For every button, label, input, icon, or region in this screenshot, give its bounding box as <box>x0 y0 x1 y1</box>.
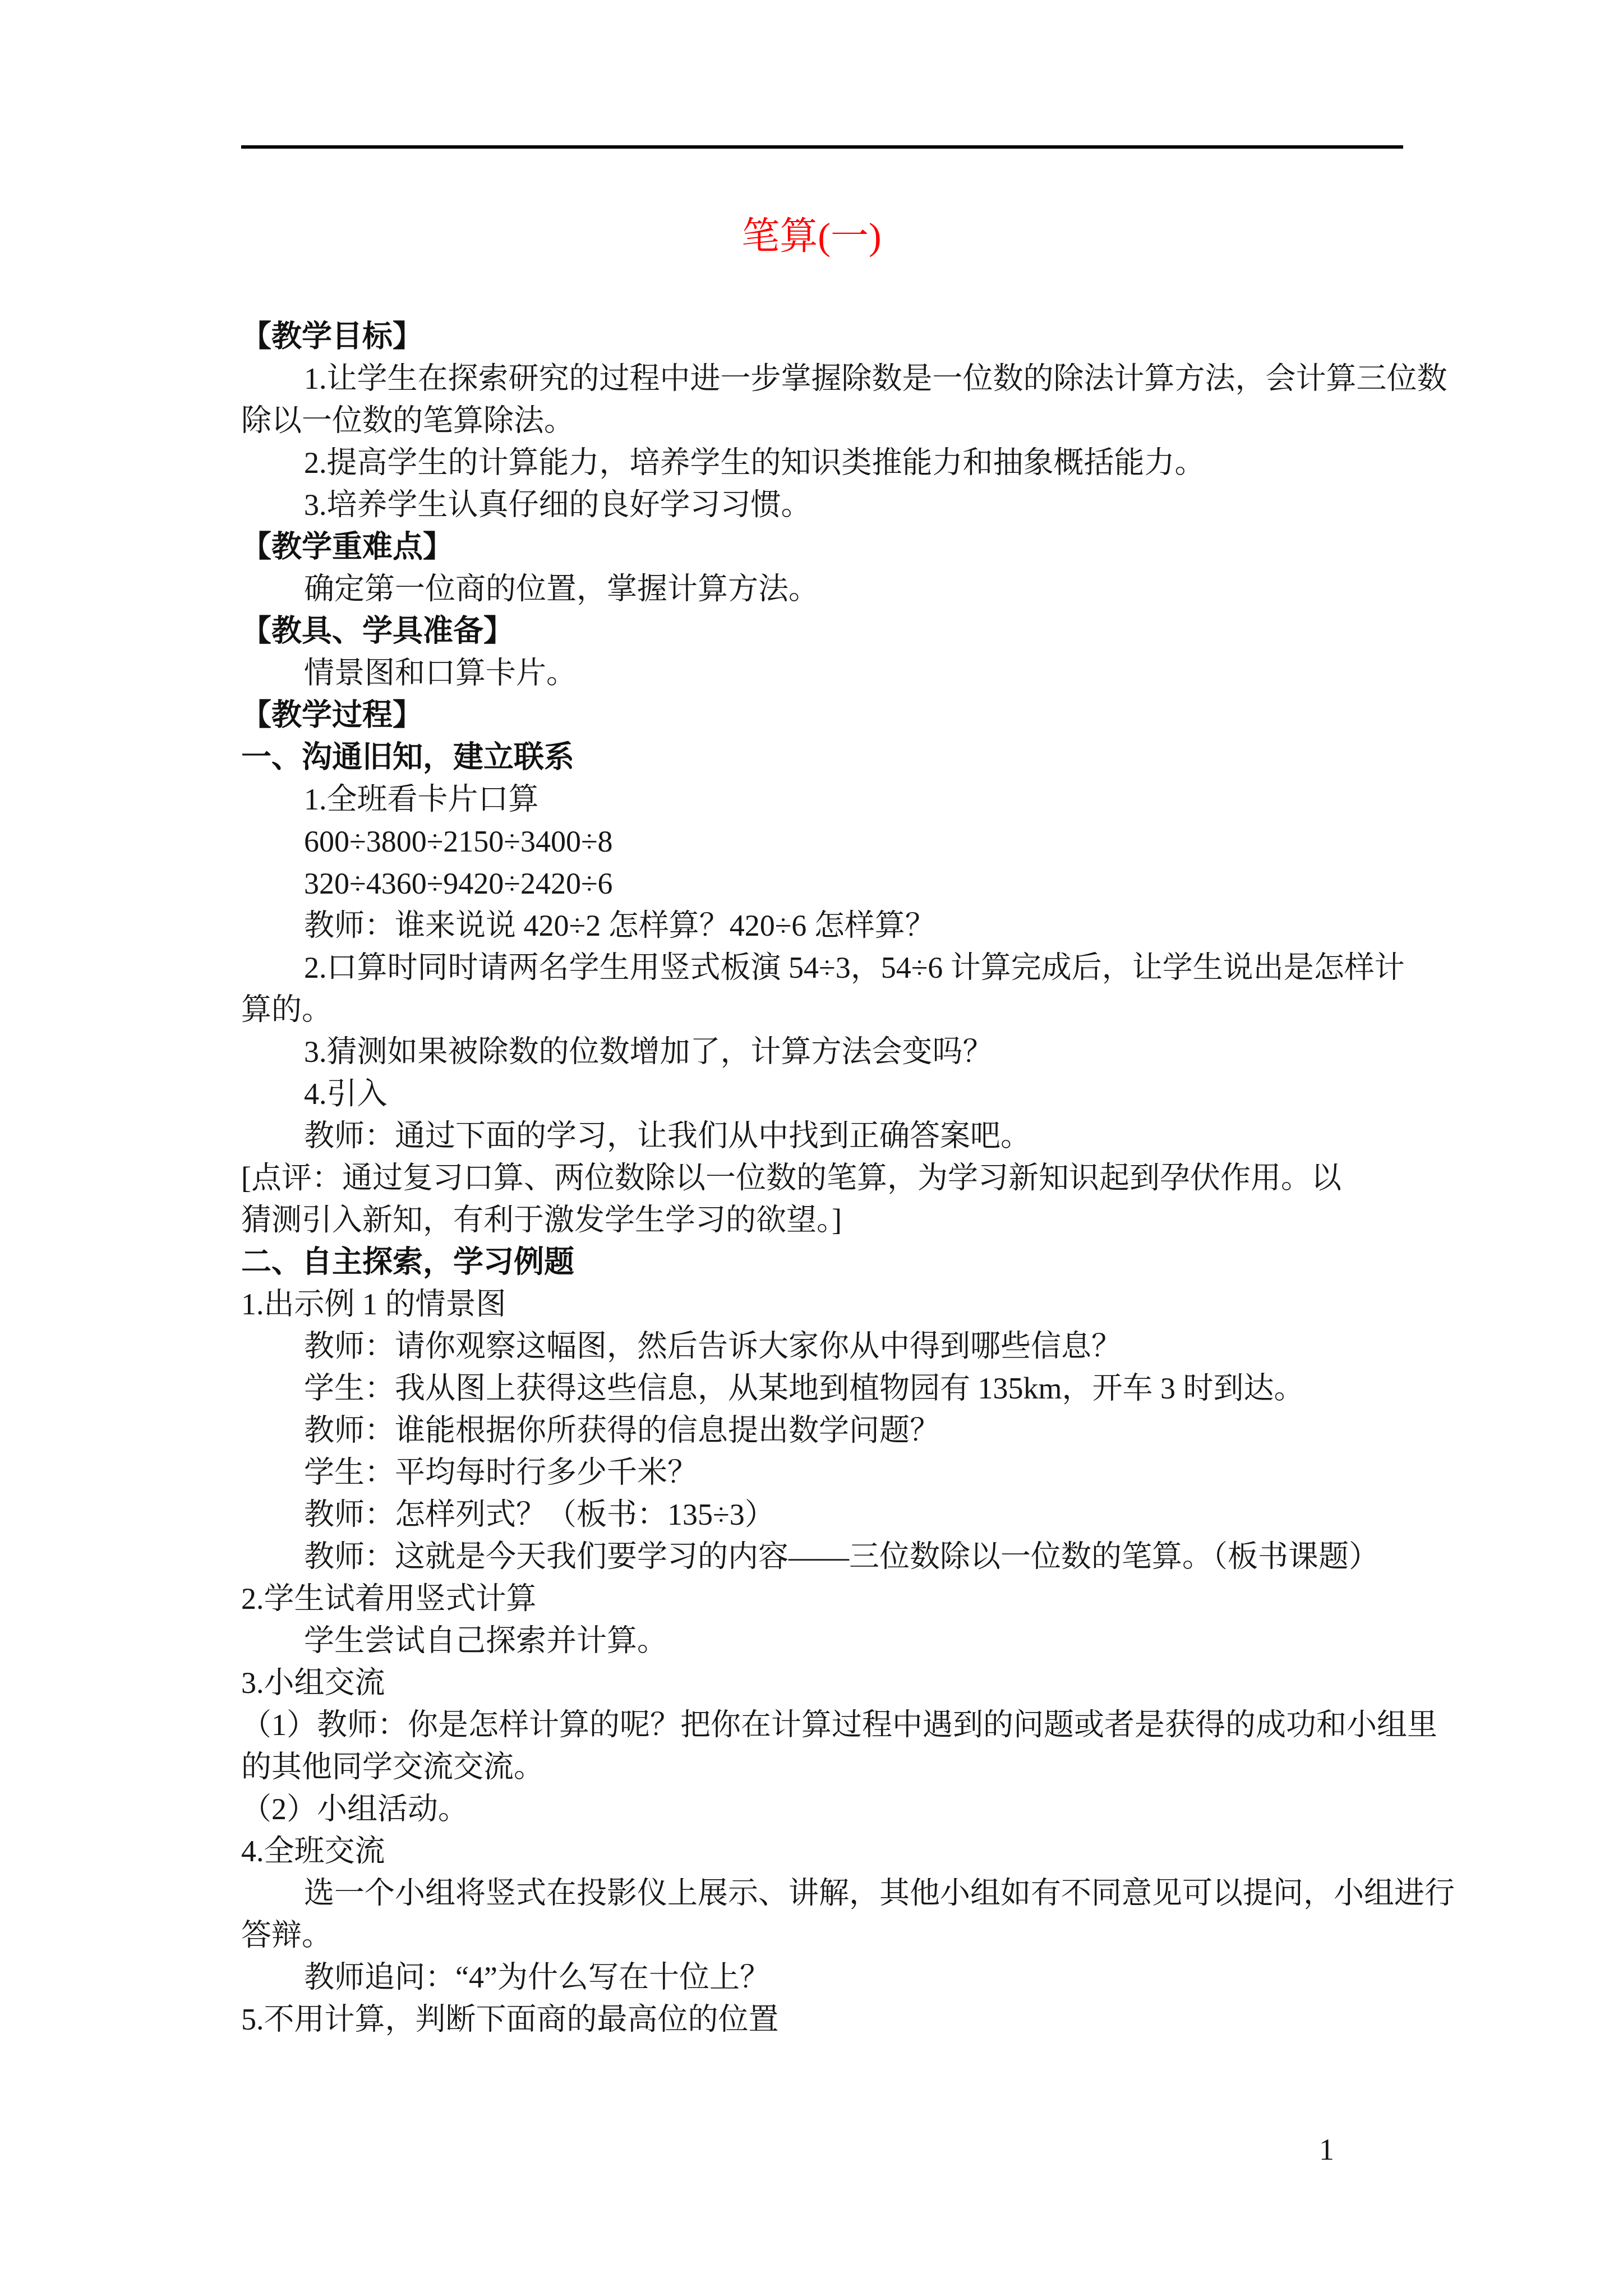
text-line: 320÷4360÷9420÷2420÷6 <box>241 863 1408 905</box>
text-line: 600÷3800÷2150÷3400÷8 <box>241 821 1408 863</box>
text-line: 答辩。 <box>241 1915 1408 1957</box>
section-heading: 二、自主探索，学习例题 <box>241 1241 1408 1283</box>
text-line: 3.猜测如果被除数的位数增加了，计算方法会变吗？ <box>241 1031 1408 1073</box>
text-line: 1.让学生在探索研究的过程中进一步掌握除数是一位数的除法计算方法，会计算三位数 <box>241 358 1408 400</box>
text-line: 教师：怎样列式？（板书：135÷3） <box>241 1494 1408 1536</box>
text-line: 教师追问：“4”为什么写在十位上？ <box>241 1957 1408 1999</box>
document-body: 【教学目标】1.让学生在探索研究的过程中进一步掌握除数是一位数的除法计算方法，会… <box>241 316 1408 2041</box>
page-number: 1 <box>1319 2129 1334 2171</box>
text-line: [点评：通过复习口算、两位数除以一位数的笔算，为学习新知识起到孕伏作用。以 <box>241 1157 1408 1199</box>
text-line: 1.全班看卡片口算 <box>241 779 1408 821</box>
document-page: 笔算(一) 【教学目标】1.让学生在探索研究的过程中进一步掌握除数是一位数的除法… <box>0 0 1623 2296</box>
text-line: 确定第一位商的位置，掌握计算方法。 <box>241 568 1408 610</box>
text-line: 教师：通过下面的学习，让我们从中找到正确答案吧。 <box>241 1115 1408 1157</box>
text-line: 教师：谁来说说 420÷2 怎样算？420÷6 怎样算？ <box>241 905 1408 947</box>
text-line: 教师：这就是今天我们要学习的内容——三位数除以一位数的笔算。（板书课题） <box>241 1536 1408 1578</box>
text-line: 算的。 <box>241 989 1408 1031</box>
text-line: 教师：谁能根据你所获得的信息提出数学问题？ <box>241 1410 1408 1452</box>
text-line: 4.全班交流 <box>241 1830 1408 1872</box>
section-heading: 【教学目标】 <box>241 316 1408 358</box>
text-line: 选一个小组将竖式在投影仪上展示、讲解，其他小组如有不同意见可以提问，小组进行 <box>241 1872 1408 1915</box>
text-line: 5.不用计算，判断下面商的最高位的位置 <box>241 1999 1408 2041</box>
text-line: 2.口算时同时请两名学生用竖式板演 54÷3，54÷6 计算完成后，让学生说出是… <box>241 947 1408 989</box>
text-line: 的其他同学交流交流。 <box>241 1746 1408 1788</box>
text-line: 3.小组交流 <box>241 1662 1408 1704</box>
text-line: 3.培养学生认真仔细的良好学习习惯。 <box>241 484 1408 526</box>
header-rule <box>241 145 1403 149</box>
text-line: 教师：请你观察这幅图，然后告诉大家你从中得到哪些信息？ <box>241 1326 1408 1368</box>
text-line: 2.学生试着用竖式计算 <box>241 1578 1408 1620</box>
text-line: （1）教师：你是怎样计算的呢？把你在计算过程中遇到的问题或者是获得的成功和小组里 <box>241 1704 1408 1746</box>
text-line: 情景图和口算卡片。 <box>241 652 1408 694</box>
text-line: 学生：我从图上获得这些信息，从某地到植物园有 135km，开车 3 时到达。 <box>241 1368 1408 1410</box>
section-heading: 【教学过程】 <box>241 694 1408 737</box>
text-line: 2.提高学生的计算能力，培养学生的知识类推能力和抽象概括能力。 <box>241 442 1408 484</box>
text-line: 除以一位数的笔算除法。 <box>241 400 1408 442</box>
text-line: 学生尝试自己探索并计算。 <box>241 1620 1408 1662</box>
section-heading: 【教学重难点】 <box>241 526 1408 568</box>
text-line: 4.引入 <box>241 1073 1408 1115</box>
text-line: 猜测引入新知，有利于激发学生学习的欲望。] <box>241 1199 1408 1241</box>
text-line: 1.出示例 1 的情景图 <box>241 1283 1408 1326</box>
section-heading: 一、沟通旧知，建立联系 <box>241 737 1408 779</box>
section-heading: 【教具、学具准备】 <box>241 610 1408 652</box>
text-line: （2）小组活动。 <box>241 1788 1408 1830</box>
page-title: 笔算(一) <box>0 217 1623 256</box>
text-line: 学生：平均每时行多少千米？ <box>241 1452 1408 1494</box>
